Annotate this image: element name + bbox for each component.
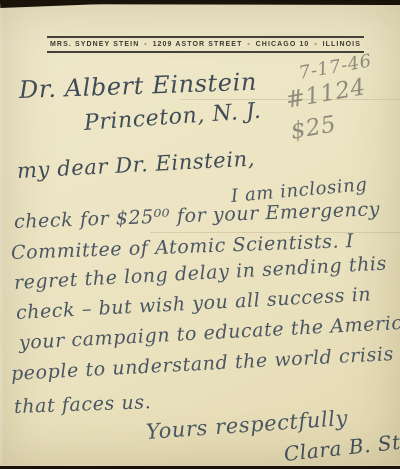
letterhead-separator: - (144, 41, 147, 48)
letterhead-separator: - (247, 41, 250, 48)
letterhead-city: CHICAGO 10 (256, 41, 310, 48)
letterhead: MRS. SYDNEY STEIN - 1209 ASTOR STREET - … (47, 36, 364, 53)
letterhead-state: ILLINOIS (323, 41, 361, 48)
letterhead-separator: - (314, 41, 317, 48)
scanned-letter: MRS. SYDNEY STEIN - 1209 ASTOR STREET - … (0, 0, 400, 469)
letterhead-street: 1209 ASTOR STREET (153, 41, 243, 48)
letterhead-name: MRS. SYDNEY STEIN (50, 41, 139, 48)
